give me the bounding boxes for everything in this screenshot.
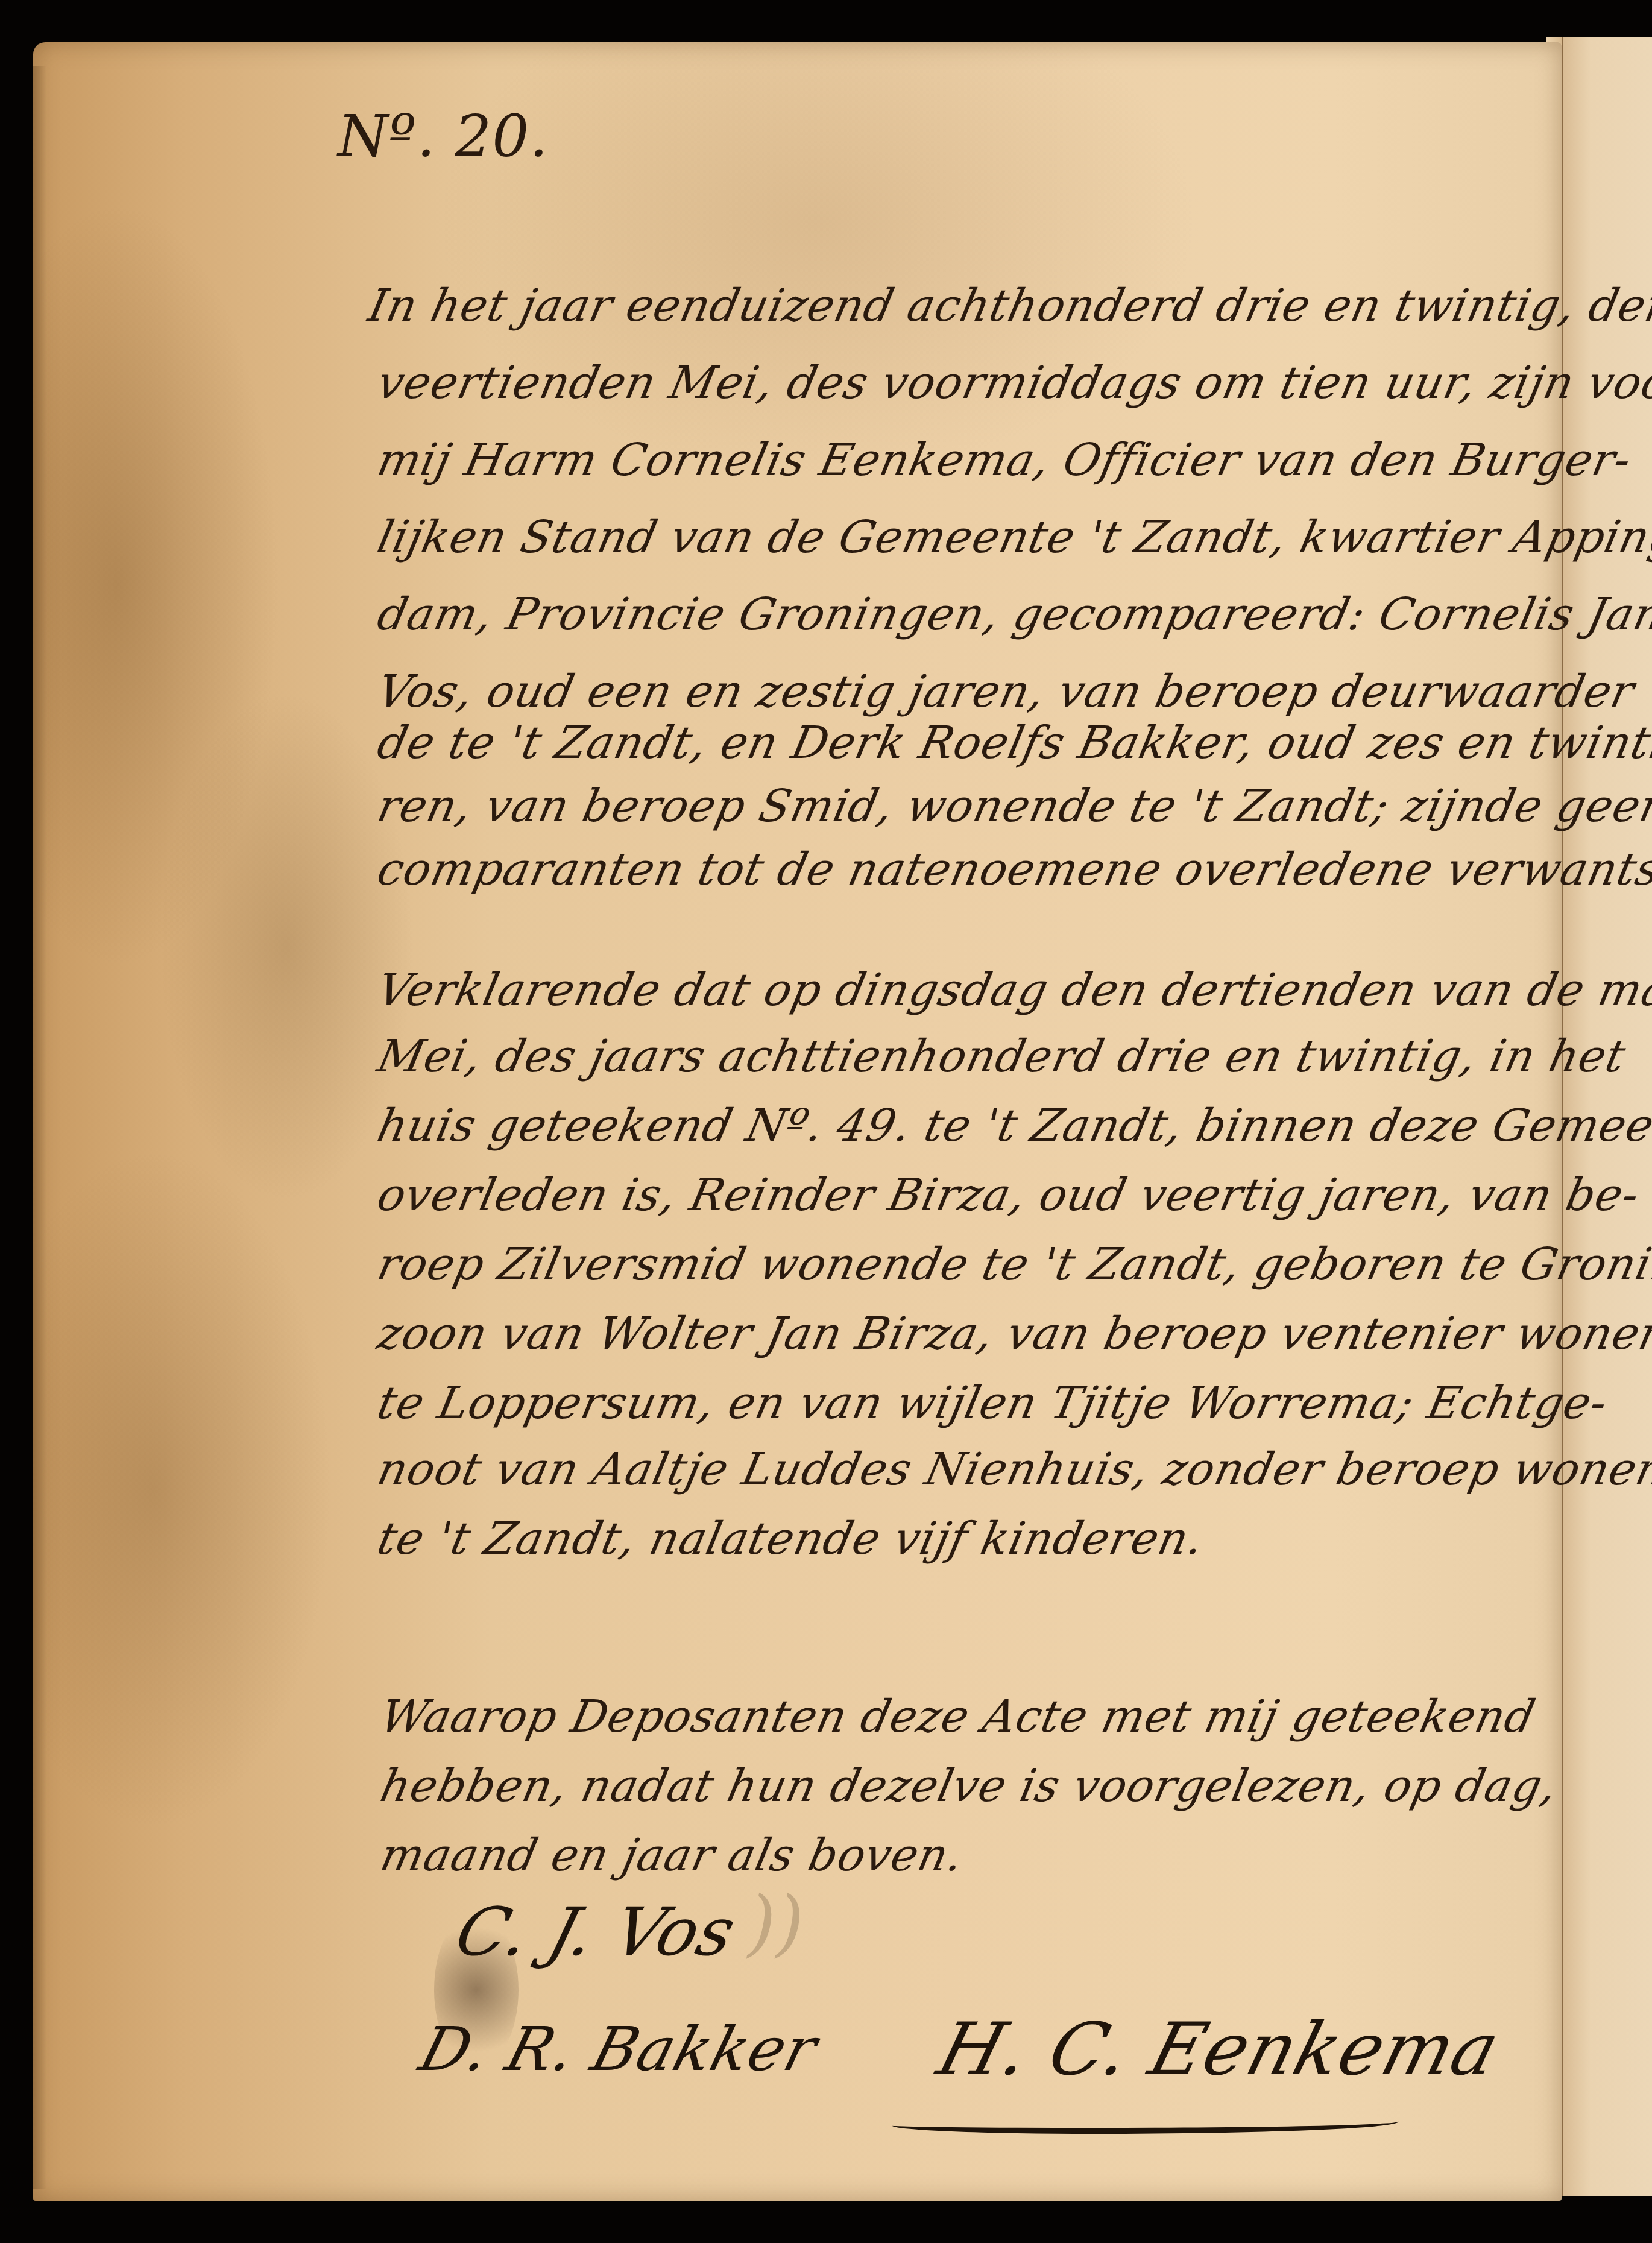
text-line: lijken Stand van de Gemeente 't Zandt, k… bbox=[374, 515, 1652, 560]
text-line: huis geteekend Nº. 49. te 't Zandt, binn… bbox=[374, 1103, 1652, 1148]
text-line: Vos, oud een en zestig jaren, van beroep… bbox=[374, 669, 1652, 714]
text-line: Mei, des jaars achttienhonderd drie en t… bbox=[374, 1034, 1630, 1079]
text-line: In het jaar eenduizend achthonderd drie … bbox=[365, 283, 1652, 328]
text-line: noot van Aaltje Luddes Nienhuis, zonder … bbox=[374, 1447, 1652, 1492]
document-scan: Nº. 20. In het jaar eenduizend achthonde… bbox=[0, 0, 1652, 2243]
text-line: ren, van beroep Smid, wonende te 't Zand… bbox=[374, 784, 1652, 828]
bleed-through-mark: )) bbox=[748, 1881, 804, 1965]
text-line: Verklarende dat op dingsdag den dertiend… bbox=[374, 968, 1652, 1012]
signature-bakker: D. R. Bakker bbox=[412, 2014, 825, 2084]
page-left-edge bbox=[33, 66, 46, 2189]
text-line: hebben, nadat hun dezelve is voorgelezen… bbox=[377, 1764, 1562, 1808]
text-line: Waarop Deposanten deze Acte met mij gete… bbox=[377, 1694, 1539, 1739]
text-line: te Loppersum, en van wijlen Tjitje Worre… bbox=[374, 1381, 1612, 1425]
signature-vos: C. J. Vos bbox=[448, 1893, 744, 1970]
text-line: roep Zilversmid wonende te 't Zandt, geb… bbox=[374, 1242, 1652, 1287]
text-line: zoon van Wolter Jan Birza, van beroep ve… bbox=[374, 1311, 1652, 1356]
text-line: maand en jaar als boven. bbox=[377, 1833, 968, 1878]
text-line: te 't Zandt, nalatende vijf kinderen. bbox=[374, 1516, 1208, 1561]
text-line: dam, Provincie Groningen, gecompareerd: … bbox=[374, 592, 1652, 637]
text-line: overleden is, Reinder Birza, oud veertig… bbox=[374, 1173, 1644, 1217]
signature-eenkema: H. C. Eenkema bbox=[929, 2008, 1508, 2092]
text-line: mij Harm Cornelis Eenkema, Officier van … bbox=[374, 438, 1635, 482]
record-number: Nº. 20. bbox=[338, 103, 549, 170]
text-line: veertienden Mei, des voormiddags om tien… bbox=[374, 361, 1652, 405]
text-line: de te 't Zandt, en Derk Roelfs Bakker, o… bbox=[374, 721, 1652, 765]
text-line: comparanten tot de natenoemene overleden… bbox=[374, 847, 1652, 892]
